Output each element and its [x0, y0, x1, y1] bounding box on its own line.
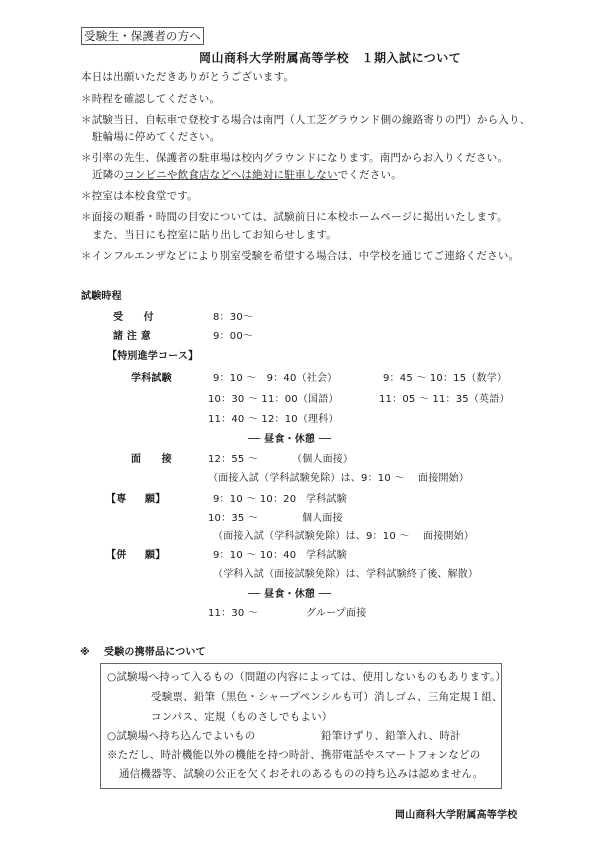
note-interview-order-cont: また、当日にも控室に貼り出してお知らせします。 [92, 228, 337, 242]
instructions-time: 9：00～ [213, 330, 253, 344]
combined-exam-label: 学科試験 [306, 549, 347, 563]
exam-time: 11：05 ～ 11：35 [379, 394, 469, 405]
note-interview-order: ＊面接の順番・時間の目安については、試験前日に本校ホームページに掲出いたします。 [81, 210, 508, 224]
exam-time: 10：30 ～ 11：00 [208, 394, 298, 405]
combined-heading-right: 願】 [145, 549, 165, 563]
parking-suffix: でください。 [338, 169, 402, 181]
interview-exemption-note: （面接入試（学科試験免除）は、9：10 ～ 面接開始） [208, 472, 469, 486]
bring-in-label: ○試験場へ持って入るもの（問題の内容によっては、使用しないものもあります。） [107, 670, 506, 684]
reception-time: 8：30～ [213, 311, 253, 325]
exclusive-exam-label: 学科試験 [306, 493, 347, 507]
combined-exemption-note: （学科入試（面接試験免除）は、学科試験終了後、解散） [213, 568, 478, 582]
note-bicycle-cont: 駐輪場に停めてください。 [92, 130, 220, 144]
group-interview-label: グループ面接 [306, 607, 366, 621]
exam-math-time: 9：45 ～ 10：15（数学） [383, 372, 507, 386]
exam-subject: （社会） [297, 373, 338, 384]
bring-list-line1: 受験票、鉛筆（黒色・シャープペンシルも可）消しゴム、三角定規１組、 [151, 690, 503, 704]
interview-label: 面 接 [131, 453, 172, 467]
note-influenza: ＊インフルエンザなどにより別室受験を希望する場合は、中学校を通じてご連絡ください… [81, 249, 519, 263]
exclusive-interview-label: 個人面接 [302, 512, 343, 526]
combined-lunch-break: ── 昼食・休憩 ── [248, 588, 331, 602]
document-title: 岡山商科大学附属高等学校 １期入試について [199, 50, 461, 66]
exam-subject: （数学） [466, 373, 507, 384]
schedule-heading: 試験時程 [81, 290, 122, 304]
group-interview-time: 11：30 ～ [208, 607, 258, 621]
exam-subject: （国語） [298, 394, 339, 405]
parking-warning: コンビニや飲食店などへは絶対に駐車しない [124, 169, 338, 181]
thanks-text: 本日は出願いただきありがとうございます。 [81, 70, 294, 84]
exclusive-exam-time: 9：10 ～ 10：20 [213, 493, 296, 507]
exclusive-interview-time: 10：35 ～ [208, 512, 258, 526]
interview-type: （個人面接） [292, 453, 353, 467]
bring-list-line2: コンパス、定規（ものさしでもよい） [151, 710, 332, 724]
exam-time: 9：10 ～ 9：40 [213, 373, 297, 384]
special-course-heading: 【特別進学コース】 [107, 350, 198, 364]
note-parking: ＊引率の先生、保護者の駐車場は校内グラウンドになります。南門からお入りください。 [81, 151, 508, 165]
exam-english-time: 11：05 ～ 11：35（英語） [379, 393, 510, 407]
parking-prefix: 近隣の [92, 169, 124, 181]
exclusive-exemption-note: （面接入試（学科試験免除）は、9：10 ～ 面接開始） [213, 530, 474, 544]
combined-heading-left: 【併 [106, 549, 126, 563]
school-signature: 岡山商科大学附属高等学校 [395, 806, 517, 821]
lunch-break-label: ── 昼食・休憩 ── [248, 433, 331, 447]
combined-exam-time: 9：10 ～ 10：40 [213, 549, 296, 563]
audience-label: 受験生・保護者の方へ [81, 27, 204, 45]
exam-social-time: 9：10 ～ 9：40（社会） [213, 372, 337, 386]
interview-time: 12：55 ～ [208, 453, 258, 467]
exam-time: 9：45 ～ 10：15 [383, 373, 466, 384]
exam-subject: （英語） [469, 394, 510, 405]
allowed-label: ○試験場へ持ち込んでよいもの [107, 729, 255, 743]
caution-line2: 通信機器等、試験の公正を欠くおそれのあるものの持ち込みは認めません。 [119, 767, 483, 781]
instructions-label: 諸 注 意 [113, 330, 151, 344]
belongings-heading: 受験の携帯品について [104, 646, 206, 660]
allowed-list: 鉛筆けずり、鉛筆入れ、時計 [321, 729, 461, 743]
academic-exam-label: 学科試験 [131, 372, 172, 386]
exam-subject: （理科） [298, 414, 339, 425]
exam-japanese-time: 10：30 ～ 11：00（国語） [208, 393, 339, 407]
caution-line1: ※ただし、時計機能以外の機能を持つ時計、携帯電話やスマートフォンなどの [107, 748, 480, 762]
exam-time: 11：40 ～ 12：10 [208, 414, 298, 425]
reference-mark: ※ [80, 646, 90, 660]
note-parking-cont: 近隣のコンビニや飲食店などへは絶対に駐車しないでください。 [92, 168, 402, 182]
note-bicycle: ＊試験当日、自転車で登校する場合は南門（人工芝グラウンド側の線路寄りの門）から入… [81, 113, 530, 127]
note-waiting-room: ＊控室は本校食堂です。 [81, 189, 198, 203]
exam-science-time: 11：40 ～ 12：10（理科） [208, 413, 339, 427]
reception-label: 受 付 [113, 311, 154, 325]
exclusive-heading-left: 【専 [106, 493, 126, 507]
note-schedule: ＊時程を確認してください。 [81, 92, 220, 106]
exclusive-heading-right: 願】 [145, 493, 165, 507]
